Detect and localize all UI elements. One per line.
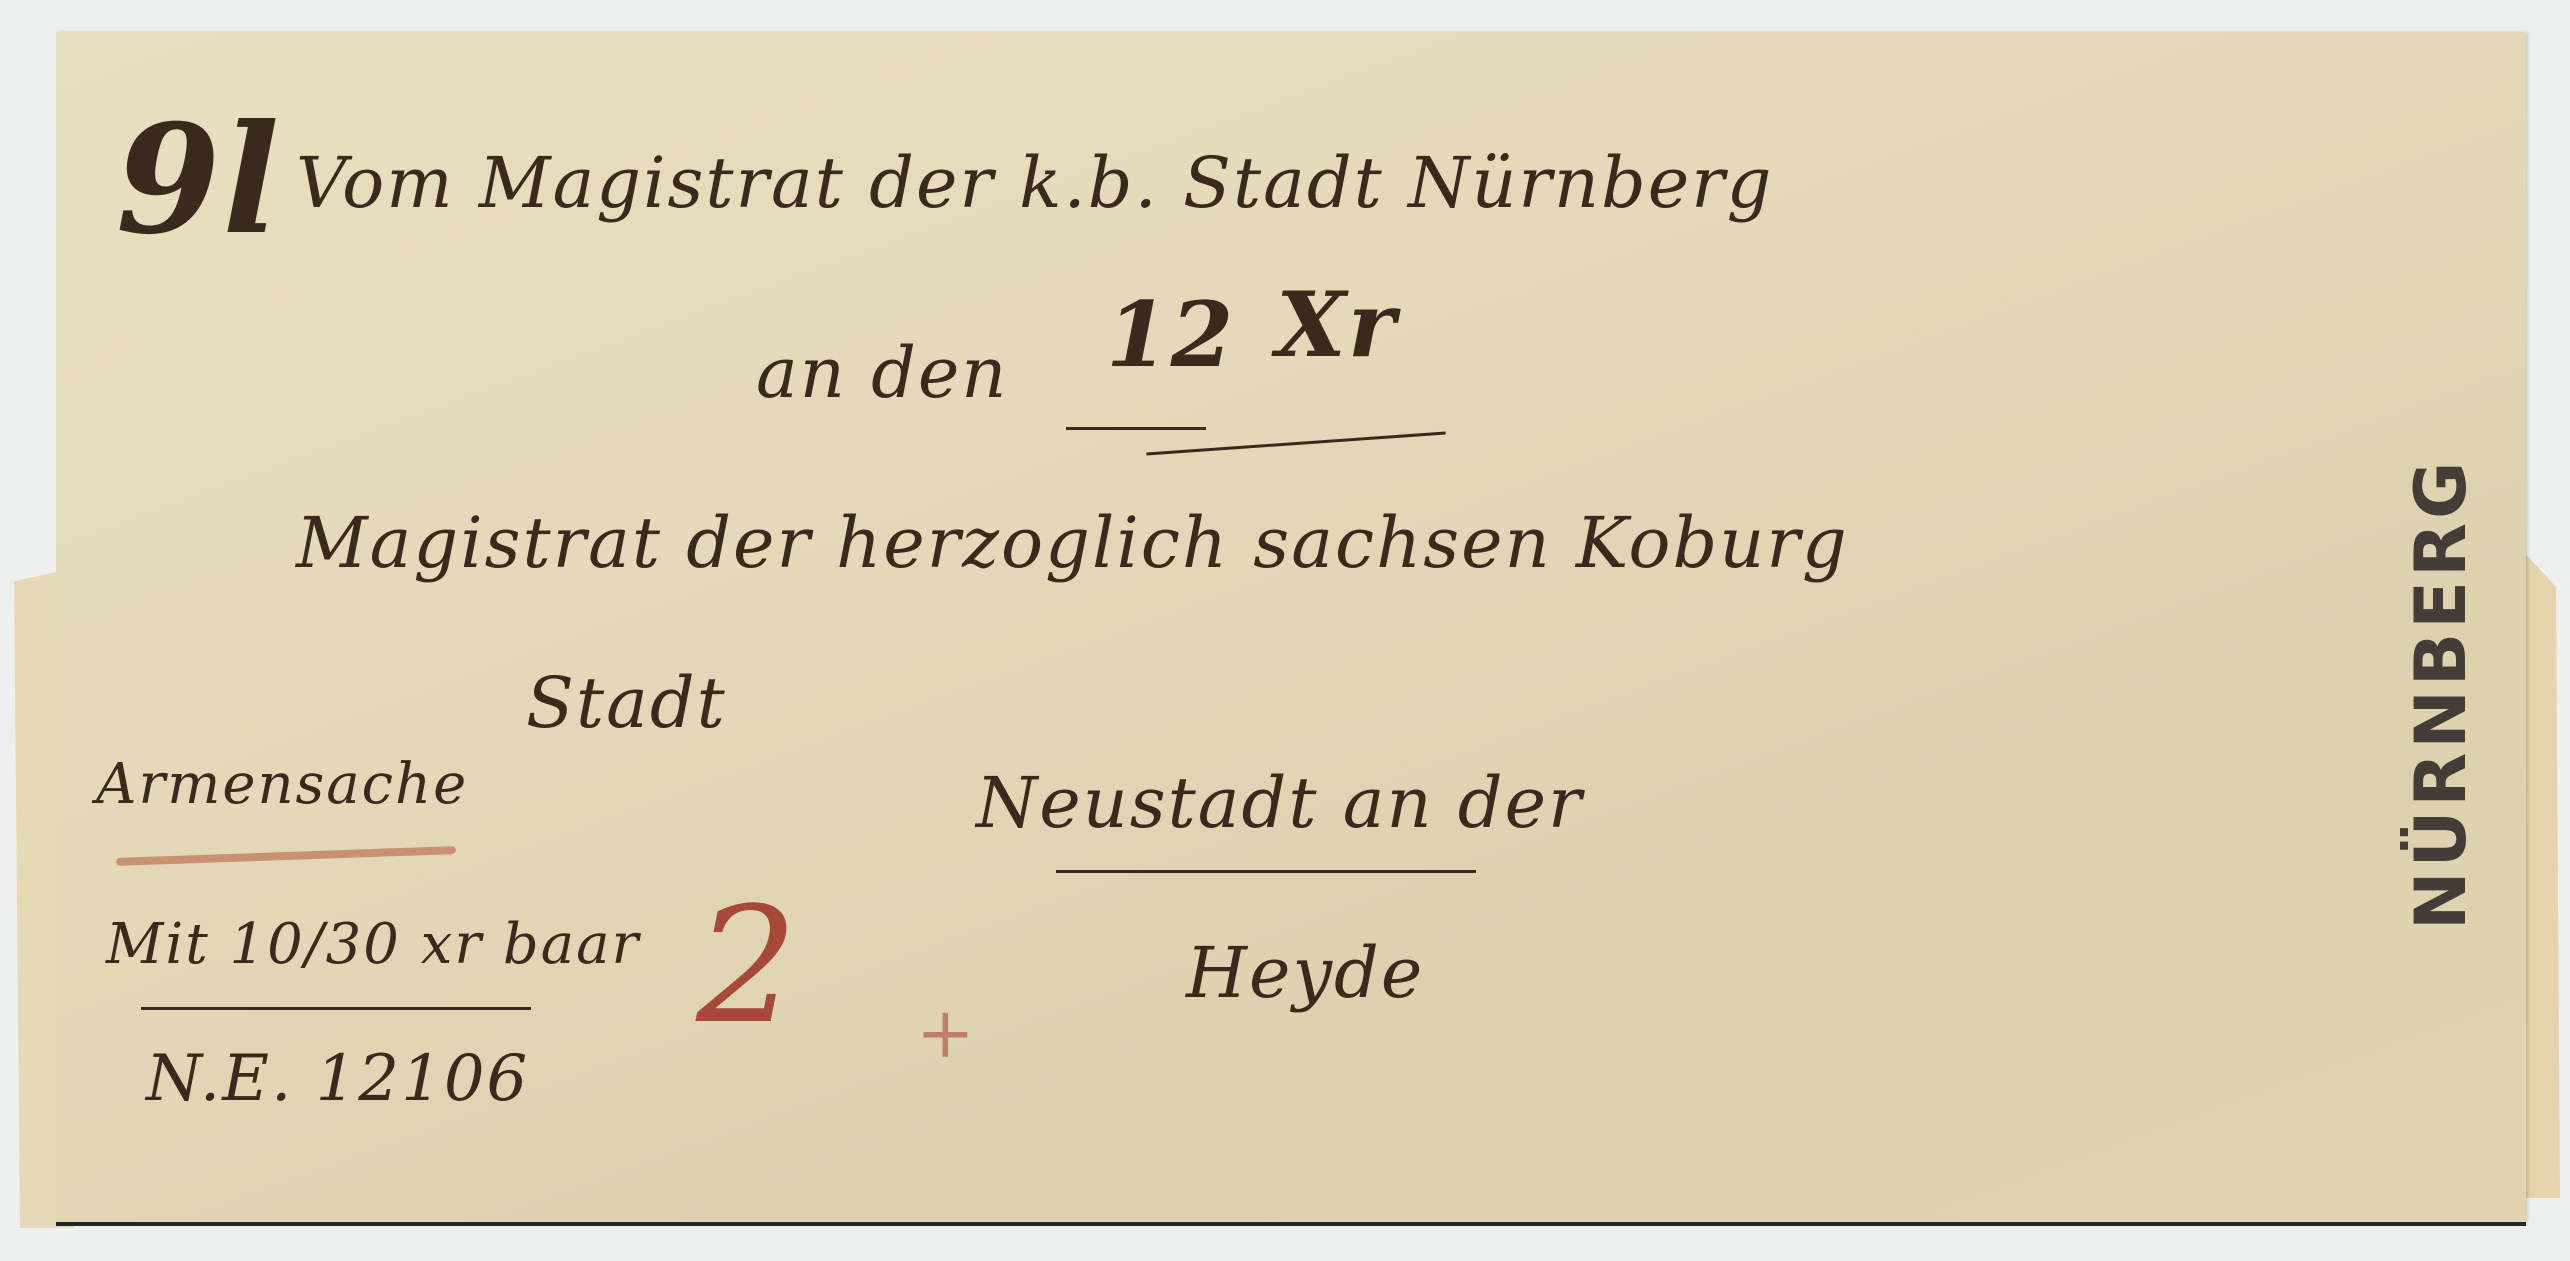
red-crayon-mark: 2 <box>696 872 800 1059</box>
top-left-note: 9l <box>116 92 281 268</box>
recipient-line: Magistrat der herzoglich sachsen Koburg <box>296 502 1849 584</box>
destination-2: Heyde <box>1186 932 1424 1014</box>
destination: Neustadt an der <box>976 762 1584 844</box>
sender-line: Vom Magistrat der k.b. Stadt Nürnberg <box>296 142 1773 224</box>
red-strikeline <box>116 846 456 866</box>
destination-underline <box>1056 870 1476 873</box>
postage-underline <box>1146 432 1445 456</box>
postage-symbol: Xr <box>1276 272 1397 378</box>
left-note-1: Armensache <box>96 752 468 817</box>
left-note-2: Mit 10/30 xr baar <box>106 912 640 977</box>
letter-cover: 9l Vom Magistrat der k.b. Stadt Nürnberg… <box>56 32 2526 1222</box>
nurnberg-postmark: NÜRNBERG <box>2400 458 2482 930</box>
left-note-3: N.E. 12106 <box>146 1042 529 1116</box>
red-crayon-cross: + <box>916 992 977 1074</box>
left-note-underline <box>141 1007 531 1010</box>
fraction-underline <box>1066 427 1206 430</box>
recipient-line-2: Stadt <box>526 662 727 744</box>
an-den: an den <box>756 332 1008 414</box>
right-fold-flap <box>2520 548 2560 1198</box>
postage-fraction: 12 <box>1106 282 1235 388</box>
